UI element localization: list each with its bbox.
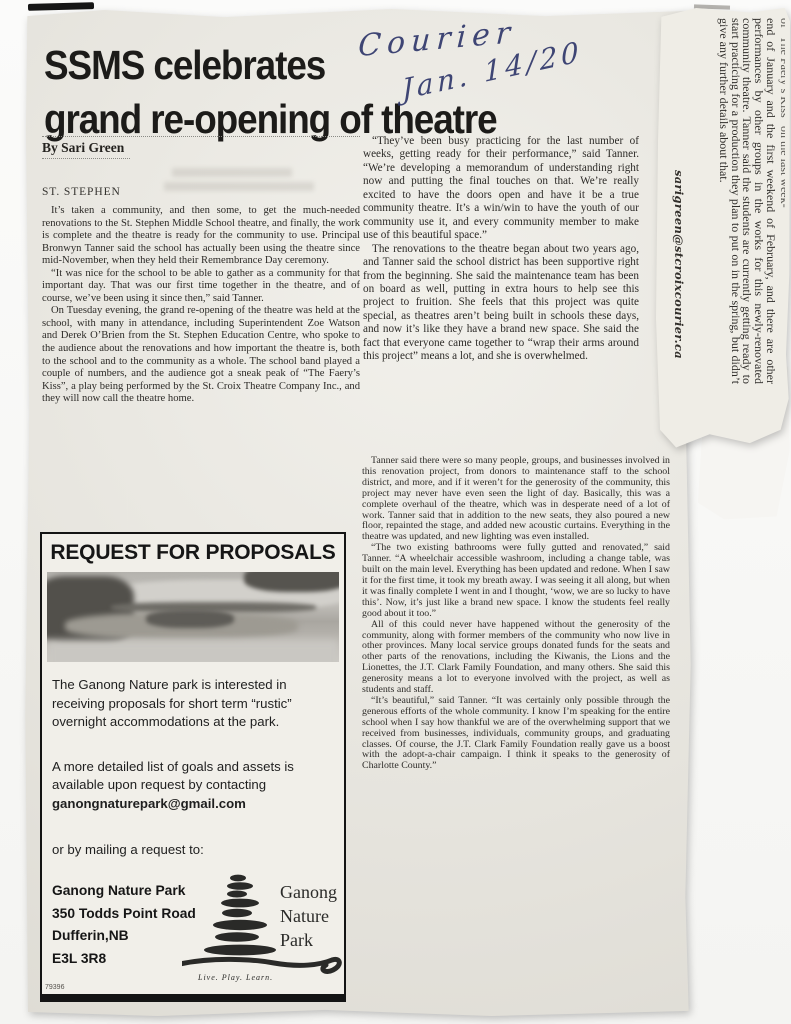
byline-rule-bottom xyxy=(42,158,130,159)
ad-contact-lead: A more detailed list of goals and assets… xyxy=(52,759,294,793)
scan-edge-artifact xyxy=(28,2,94,11)
article-right-column-upper: “They’ve been busy practicing for the la… xyxy=(363,135,639,364)
paragraph: “It was nice for the school to be able t… xyxy=(42,268,360,306)
dateline: ST. STEPHEN xyxy=(42,186,121,198)
ganong-nature-park-logo: Ganong Nature Park Live. Play. Learn. xyxy=(182,868,342,988)
torn-partial-line: of “The Faery’s Kiss” on the last week- xyxy=(776,18,785,384)
byline-block: By Sari Green xyxy=(42,136,360,159)
address-line: 350 Todds Point Road xyxy=(52,903,196,926)
paragraph: “They’ve been busy practicing for the la… xyxy=(363,135,639,243)
paragraph: All of this could never have happened wi… xyxy=(362,620,670,696)
logo-text-line: Park xyxy=(280,930,313,950)
ad-mailing-lead: or by mailing a request to: xyxy=(52,841,334,860)
paragraph: “The two existing bathrooms were fully g… xyxy=(362,543,670,619)
paragraph: The renovations to the theatre began abo… xyxy=(363,243,639,364)
byline: By Sari Green xyxy=(42,140,360,156)
logo-swoosh xyxy=(182,959,339,971)
continuation-text-rotated: of “The Faery’s Kiss” on the last week- … xyxy=(717,18,785,384)
continuation-paragraph: end of January and the first weekend of … xyxy=(717,18,776,384)
author-email-vertical: sarigreen@stcroixcourier.ca xyxy=(672,170,686,359)
address-line: Ganong Nature Park xyxy=(52,880,196,903)
bleed-through-ghost xyxy=(164,182,314,191)
paragraph: On Tuesday evening, the grand re-opening… xyxy=(42,305,360,405)
photo-trees xyxy=(146,610,234,628)
ad-number: 79396 xyxy=(45,984,64,991)
ad-title: REQUEST FOR PROPOSALS xyxy=(42,541,344,565)
article-left-column: It’s taken a community, and then some, t… xyxy=(42,205,360,406)
scanned-newspaper-page: SSMS celebrates grand re-opening of thea… xyxy=(0,0,791,1024)
byline-rule-top xyxy=(42,136,360,137)
bleed-through-ghost xyxy=(172,168,292,177)
logo-tagline: Live. Play. Learn. xyxy=(197,973,273,982)
ad-intro-text: The Ganong Nature park is interested in … xyxy=(52,676,334,732)
aerial-park-photo xyxy=(47,572,339,662)
request-for-proposals-ad: REQUEST FOR PROPOSALS The Ganong Nature … xyxy=(40,532,346,1002)
ad-contact-text: A more detailed list of goals and assets… xyxy=(52,758,334,814)
ad-email: ganongnaturepark@gmail.com xyxy=(52,796,246,811)
paragraph: It’s taken a community, and then some, t… xyxy=(42,205,360,268)
logo-text-line: Nature xyxy=(280,906,329,926)
photo-hill xyxy=(244,572,339,592)
continuation-strip-clipping: of “The Faery’s Kiss” on the last week- … xyxy=(656,8,790,452)
logo-text-line: Ganong xyxy=(280,882,337,902)
paragraph: “It’s beautiful,” said Tanner. “It was c… xyxy=(362,696,670,772)
paragraph: Tanner said there were so many people, g… xyxy=(362,456,670,543)
address-line: E3L 3R8 xyxy=(52,948,196,971)
photo-foreground xyxy=(47,640,339,662)
newspaper-clipping: SSMS celebrates grand re-opening of thea… xyxy=(24,8,692,1018)
address-line: Dufferin,NB xyxy=(52,925,196,948)
ad-mailing-address: Ganong Nature Park 350 Todds Point Road … xyxy=(52,880,196,970)
article-right-column-lower: Tanner said there were so many people, g… xyxy=(362,456,670,772)
stone-cairn-icon xyxy=(204,875,276,956)
